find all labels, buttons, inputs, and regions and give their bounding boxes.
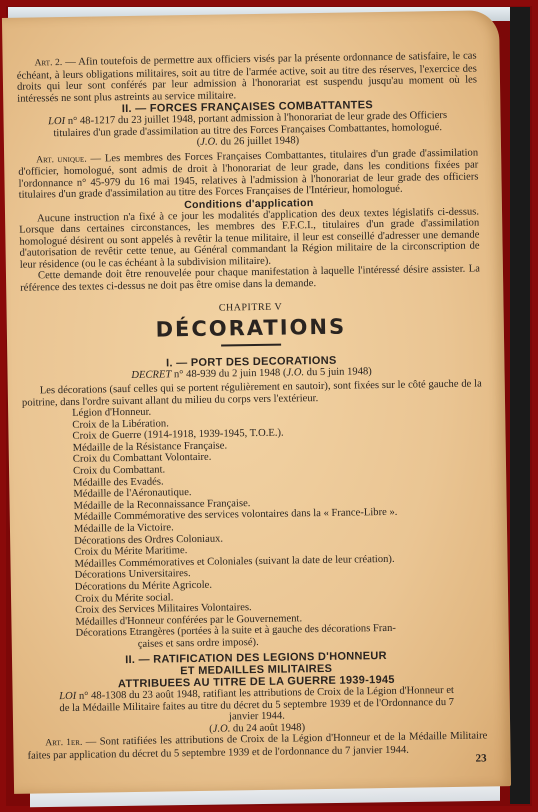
decret-text: n° 48-939 du 2 juin 1948 ( — [171, 367, 286, 380]
title-underline — [221, 343, 281, 346]
conditions-paragraph-1: Aucune instruction n'a fixé à ce jour le… — [19, 206, 480, 271]
decorations-list: Légion d'Honneur. Croix de la Libération… — [22, 401, 486, 652]
book-spine-shadow — [510, 7, 530, 804]
article-text: — Afin toutefois de permettre aux offici… — [17, 51, 477, 105]
article-unique: Art. unique. — Les membres des Forces Fr… — [18, 147, 479, 201]
book-page: Art. 2. — Afin toutefois de permettre au… — [2, 10, 511, 794]
page-number: 23 — [476, 752, 487, 764]
loi-text: n° 48-1308 du 23 août 1948, ratifiant le… — [59, 685, 454, 723]
chapter-title: DÉCORATIONS — [21, 312, 481, 343]
article-text: — Les membres des Forces Françaises Comb… — [18, 147, 478, 201]
jo-text: du 5 juin 1948) — [304, 366, 372, 378]
article-label: Art. 1er. — [45, 738, 82, 749]
jo-label: J.O. — [286, 367, 304, 378]
loi-label: LOI — [59, 691, 76, 702]
loi-label: LOI — [48, 116, 65, 127]
page-content: Art. 2. — Afin toutefois de permettre au… — [17, 51, 488, 763]
decret-label: DECRET — [131, 369, 171, 381]
jo-label: J.O. — [213, 723, 231, 734]
jo-text: du 26 juillet 1948) — [218, 135, 299, 147]
article-2: Art. 2. — Afin toutefois de permettre au… — [17, 51, 478, 105]
article-label: Art. unique. — [36, 154, 87, 165]
jo-label: J.O. — [200, 137, 218, 148]
jo-text: du 24 août 1948) — [230, 722, 305, 734]
article-label: Art. 2. — [35, 58, 63, 68]
